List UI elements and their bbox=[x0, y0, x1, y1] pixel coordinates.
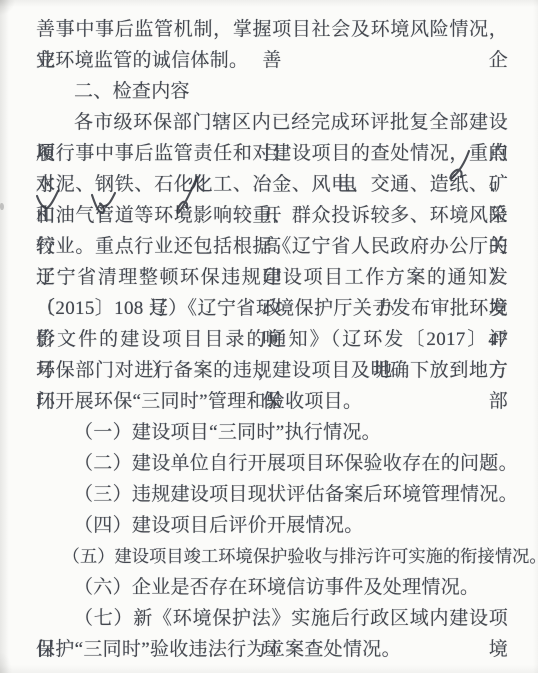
scanned-document-page: 善事中事后监管机制，掌握项目社会及环境风险情况，完善企 业环境监管的诚信体制。 … bbox=[0, 0, 538, 673]
text-line: 行业。重点行业还包括根据《辽宁省人民政府办公厅关于印发 bbox=[36, 231, 508, 262]
text-line: 〔2015〕108 号）《辽宁省环境保护厅关于发布审批环境影响评 bbox=[36, 293, 508, 324]
numbered-item-2: （二）建设单位自行开展项目环保验收存在的问题。 bbox=[36, 448, 508, 479]
numbered-item-1: （一）建设项目“三同时”执行情况。 bbox=[36, 417, 508, 448]
text-line: 辽宁省清理整顿环保违规建设项目工作方案的通知》（辽政办发 bbox=[36, 262, 508, 293]
numbered-item-5: （五）建设项目竣工环境保护验收与排污许可实施的衔接情况。 bbox=[36, 541, 508, 572]
text-line: 各市级环保部门辖区内已经完成环评批复全部建设项目的 bbox=[36, 107, 508, 138]
section-heading: 二、检查内容 bbox=[36, 76, 508, 107]
document-body-text: 善事中事后监管机制，掌握项目社会及环境风险情况，完善企 业环境监管的诚信体制。 … bbox=[36, 14, 508, 665]
scan-speck bbox=[0, 203, 4, 210]
text-line: 和油气管道等环境影响较重、群众投诉较多、环境风险较高的 bbox=[36, 200, 508, 231]
text-line: 履行事中事后监管责任和对建设项目的查处情况，重点对火电、 bbox=[36, 138, 508, 169]
text-line: 环保部门对进行备案的违规建设项目及明确下放到地方环保部 bbox=[36, 355, 508, 386]
numbered-item-3: （三）违规建设项目现状评估备案后环境管理情况。 bbox=[36, 479, 508, 510]
numbered-item-7: （七）新《环境保护法》实施后行政区域内建设项目环境 bbox=[36, 603, 508, 634]
text-line: 水泥、钢铁、石化化工、冶金、风电、交通、造纸、矿山开采 bbox=[36, 169, 508, 200]
text-line: 善事中事后监管机制，掌握项目社会及环境风险情况，完善企 bbox=[36, 14, 508, 45]
text-line: 价文件的建设项目目录的通知》（辽环发〔2017〕47 号），地方 bbox=[36, 324, 508, 355]
numbered-item-6: （六）企业是否存在环境信访事件及处理情况。 bbox=[36, 572, 508, 603]
numbered-item-4: （四）建设项目后评价开展情况。 bbox=[36, 510, 508, 541]
